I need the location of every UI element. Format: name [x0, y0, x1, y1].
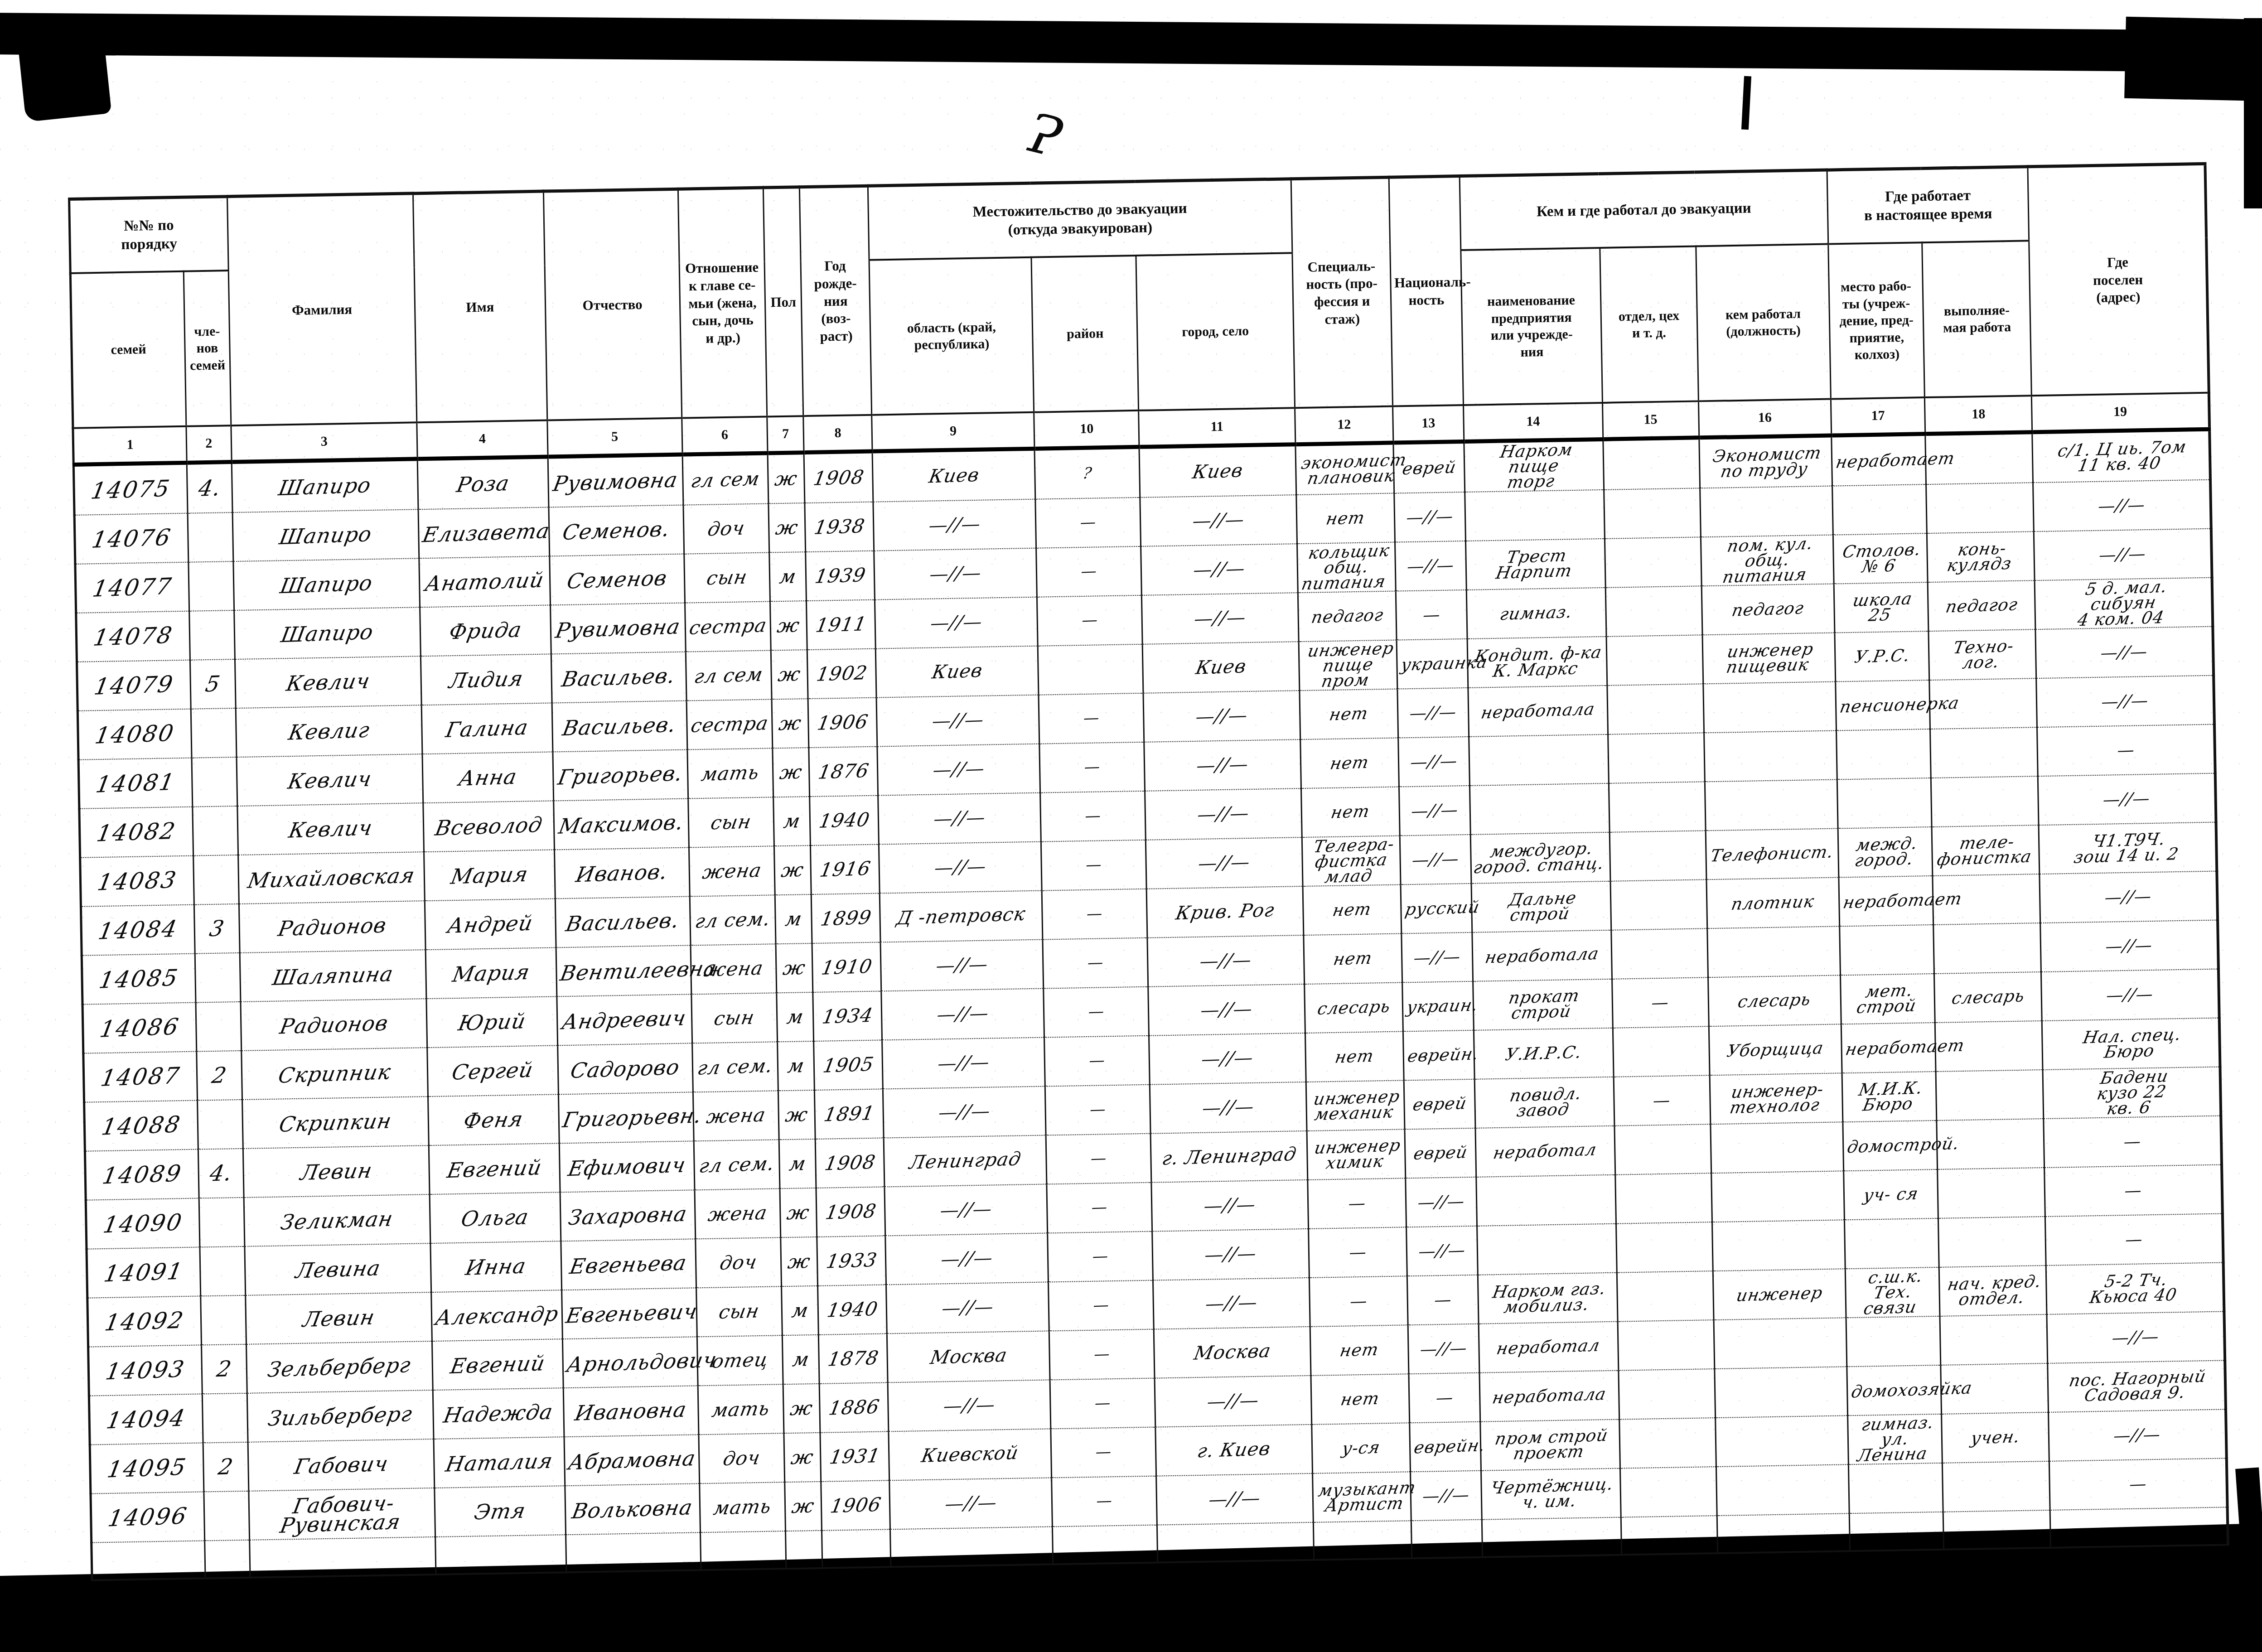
cell-col19: 5-2 Тч. Кьюса 40 [2046, 1262, 2224, 1314]
cell-col5: Рувимовна [548, 454, 683, 507]
cell-col4: Лидия [420, 654, 551, 705]
handwritten-entry: 14095 [106, 1456, 188, 1480]
cell-col3: Габович [248, 1439, 435, 1491]
handwritten-entry: —//— [1419, 1340, 1469, 1357]
handwritten-entry: кольщик общ. питания [1300, 543, 1392, 592]
handwritten-entry: домострой. [1846, 1136, 1961, 1155]
cell-col12: нет [1301, 787, 1400, 837]
cell-col2 [193, 855, 239, 905]
cell-col17 [1840, 925, 1934, 975]
cell-col19: 5 д. мал. сибуян 4 ком. 04 [2035, 578, 2213, 629]
cell-col5: Андреевич [556, 994, 692, 1045]
header-order-group: №№ по порядку [69, 197, 229, 273]
column-number: 2 [186, 425, 232, 463]
handwritten-entry: Вентилеевна [559, 958, 718, 983]
cell-col11: Киев [1143, 642, 1300, 693]
cell-col11: —//— [1150, 1082, 1307, 1134]
handwritten-entry: — [1093, 1347, 1112, 1362]
cell-col18: педагог [1928, 580, 2035, 631]
handwritten-entry: Ленинград [908, 1150, 1023, 1171]
handwritten-entry: —//— [1410, 802, 1460, 819]
cell-col6: жена [695, 1188, 781, 1239]
cell-col14: повидл. завод [1474, 1077, 1614, 1128]
cell-col10: — [1049, 1280, 1154, 1331]
handwritten-entry: нет [1334, 1048, 1375, 1065]
handwritten-entry: 14084 [97, 918, 179, 942]
handwritten-entry: — [1083, 760, 1102, 775]
handwritten-entry: —//— [933, 858, 988, 877]
cell-col12: нет [1311, 1374, 1410, 1425]
header-department: отдел, цех и т. д. [1600, 246, 1698, 402]
handwritten-entry: Шапиро [279, 573, 374, 595]
cell-col3: Кевлич [237, 803, 424, 855]
cell-col16 [1716, 1464, 1849, 1516]
cell-col2: 3 [194, 904, 240, 954]
cell-col5: Васильев. [555, 896, 691, 947]
cell-col11: —//— [1155, 1376, 1311, 1427]
cell-col6: сын [696, 1286, 782, 1337]
handwritten-entry: —//— [1206, 1392, 1261, 1411]
handwritten-entry: у-ся [1341, 1440, 1382, 1457]
cell-col6: сын [691, 993, 777, 1043]
handwritten-entry: м [791, 1351, 811, 1369]
cell-col16 [1711, 1171, 1844, 1222]
handwritten-entry: 1931 [828, 1447, 881, 1466]
cell-col3: Шапиро [233, 558, 420, 610]
handwritten-entry: 14093 [104, 1358, 187, 1382]
cell-empty [1621, 1516, 1717, 1555]
cell-col17: с.ш.к. Тех. связи [1845, 1267, 1940, 1318]
handwritten-entry: Зильберберг [267, 1404, 414, 1428]
cell-col17: гимназ. ул. Ленина [1848, 1414, 1943, 1464]
cell-col8: 1908 [804, 451, 873, 503]
handwritten-entry: — [1092, 1298, 1111, 1313]
handwritten-entry: —//— [1408, 704, 1458, 721]
handwritten-entry: — [1095, 1494, 1114, 1509]
handwritten-entry: —//— [2105, 986, 2155, 1004]
cell-col14: У.И.Р.С. [1474, 1028, 1613, 1079]
handwritten-entry: — [1086, 907, 1104, 922]
handwritten-entry: 5-2 Тч. Кьюса 40 [2088, 1271, 2181, 1305]
cell-col5: Семенов [549, 554, 685, 605]
cell-col2 [189, 610, 235, 660]
cell-col11: г. Киев [1155, 1425, 1312, 1476]
cell-col16 [1715, 1367, 1848, 1418]
cell-col11: —//— [1140, 495, 1297, 546]
cell-col13: украин. [1402, 981, 1474, 1032]
cell-empty [565, 1532, 701, 1572]
cell-col10: — [1042, 889, 1148, 940]
cell-col9: —//— [884, 1184, 1048, 1236]
handwritten-entry: ж [776, 617, 802, 635]
handwritten-entry: ж [777, 666, 802, 684]
handwritten-entry: ж [791, 1497, 816, 1515]
handwritten-entry: домохозяйка [1850, 1380, 1973, 1400]
cell-col8: 1908 [816, 1187, 885, 1237]
cell-col16: Телефонист. [1706, 828, 1839, 879]
cell-col3: Скрипкин [242, 1097, 429, 1149]
cell-col7: ж [773, 748, 810, 797]
header-surname: Фамилия [227, 193, 416, 425]
column-number: 12 [1295, 406, 1393, 444]
cell-col10: — [1052, 1476, 1157, 1527]
cell-col9: —//— [877, 744, 1040, 796]
handwritten-entry: нач. кред. отдел. [1943, 1274, 2043, 1308]
cell-col3: Левин [243, 1145, 430, 1198]
handwritten-entry: — [1652, 1092, 1672, 1108]
handwritten-entry: нет [1339, 1342, 1380, 1359]
handwritten-entry: 14077 [91, 576, 174, 599]
cell-col9: —//— [874, 548, 1037, 600]
cell-col4: Галина [421, 703, 552, 754]
handwritten-entry: — [1081, 613, 1099, 628]
cell-col3: Кевлич [235, 656, 421, 708]
handwritten-entry: нет [1329, 706, 1370, 723]
handwritten-entry: 1908 [823, 1153, 877, 1173]
handwritten-entry: Наталия [444, 1451, 554, 1473]
handwritten-entry: педагог [1944, 597, 2019, 615]
handwritten-entry: Радионов [276, 915, 388, 938]
cell-col2 [192, 757, 237, 807]
cell-col19: — [2037, 725, 2215, 776]
cell-col8: 1876 [809, 747, 878, 797]
handwritten-entry: Евгеньевич [564, 1302, 699, 1325]
cell-col9: —//— [886, 1282, 1049, 1333]
cell-col8: 1931 [820, 1431, 889, 1481]
cell-col5: Вольковна [565, 1483, 700, 1535]
cell-col13: — [1409, 1373, 1480, 1423]
handwritten-entry: Вольковна [570, 1497, 694, 1521]
cell-col12: инженер механик [1306, 1080, 1405, 1131]
cell-col17: неработает [1839, 876, 1933, 926]
cell-col17: школа 25 [1834, 582, 1928, 633]
cell-col16 [1700, 486, 1833, 537]
cell-col10: — [1046, 1134, 1152, 1184]
cell-col17: уч- ся [1844, 1169, 1938, 1220]
handwritten-entry: Иванов. [575, 862, 669, 884]
header-patronymic: Отчество [543, 189, 681, 420]
cell-col11: —//— [1143, 691, 1300, 742]
cell-col5: Семенов. [549, 505, 684, 556]
cell-col17 [1848, 1463, 1943, 1513]
cell-col17: пенсионерка [1836, 680, 1930, 730]
handwritten-entry: Анатолий [424, 570, 546, 593]
cell-col16: слесарь [1708, 975, 1841, 1026]
cell-col6: гл сем. [694, 1140, 780, 1190]
cell-col7: ж [768, 503, 806, 552]
cell-col1: 14086 [82, 1003, 197, 1053]
handwritten-entry: У.Р.С. [1853, 648, 1911, 665]
cell-col1: 14084 [81, 905, 195, 956]
handwritten-entry: Сергей [450, 1060, 535, 1082]
handwritten-entry: школа 25 [1849, 591, 1914, 624]
cell-col12: педагог [1298, 591, 1397, 642]
handwritten-entry: —//— [1191, 511, 1246, 530]
handwritten-entry: пом. кул. общ. питания [1701, 535, 1833, 586]
cell-col3: Левин [246, 1292, 432, 1344]
handwritten-entry: М.И.К. Бюро [1855, 1080, 1924, 1113]
cell-col15 [1618, 1369, 1715, 1420]
cell-col4: Роза [417, 457, 548, 509]
cell-col10: — [1048, 1232, 1153, 1282]
cell-col5: Садорово [557, 1043, 693, 1094]
cell-col14 [1477, 1224, 1617, 1275]
cell-col6: доч [699, 1433, 785, 1483]
handwritten-entry: неработала [1484, 946, 1600, 966]
cell-col17: домострой. [1843, 1121, 1938, 1171]
cell-col11: г. Ленинград [1151, 1131, 1308, 1183]
cell-col18 [1933, 923, 2041, 974]
handwritten-entry: Семенов [565, 568, 669, 591]
cell-col9: —//— [876, 695, 1039, 747]
handwritten-entry: —//— [942, 1396, 997, 1415]
cell-col19: —//— [2041, 969, 2219, 1021]
handwritten-entry: пром строй проект [1491, 1428, 1609, 1463]
handwritten-entry: сын [710, 813, 753, 832]
handwritten-entry: 1938 [812, 517, 866, 537]
cell-col9: —//— [875, 597, 1038, 649]
cell-col8: 1905 [814, 1040, 883, 1090]
handwritten-entry: — [1421, 607, 1441, 623]
handwritten-entry: 14079 [92, 674, 175, 697]
cell-col4: Ольга [430, 1192, 561, 1243]
handwritten-entry: Феня [462, 1109, 525, 1130]
cell-col2: 4. [198, 1149, 244, 1198]
cell-col10: — [1050, 1378, 1156, 1429]
handwritten-entry: Евгений [445, 1158, 543, 1180]
handwritten-entry: 1939 [813, 566, 867, 586]
handwritten-entry: ж [780, 861, 806, 879]
scan-artifact-tick-mark [1741, 76, 1751, 130]
handwritten-entry: 1876 [817, 762, 870, 782]
handwritten-entry: гимназ. [1499, 604, 1574, 623]
cell-col12: нет [1303, 884, 1402, 935]
cell-col15 [1611, 928, 1708, 979]
handwritten-entry: — [1094, 1445, 1113, 1460]
cell-col14: междугор. город. станц. [1470, 832, 1610, 884]
handwritten-entry: 1908 [824, 1202, 878, 1222]
handwritten-entry: еврейн. [1413, 1438, 1487, 1455]
handwritten-entry: г. Киев [1196, 1440, 1272, 1460]
handwritten-entry: 1902 [815, 664, 869, 684]
cell-col11: Крив. Рог [1147, 886, 1304, 938]
handwritten-entry: — [1079, 515, 1097, 530]
cell-col2 [200, 1246, 246, 1296]
handwritten-entry: уч- ся [1862, 1186, 1919, 1203]
handwritten-entry: 14096 [106, 1505, 189, 1529]
handwritten-entry: неработала [1491, 1386, 1607, 1406]
cell-col12: музыкант Артист [1312, 1472, 1411, 1522]
handwritten-entry: 14078 [92, 625, 175, 648]
cell-col16 [1711, 1122, 1844, 1173]
cell-col16 [1707, 926, 1840, 977]
handwritten-entry: ж [778, 763, 804, 782]
cell-col4: Мария [425, 947, 556, 999]
cell-col17: М.И.К. Бюро [1842, 1072, 1937, 1122]
handwritten-entry: Фрида [448, 620, 523, 642]
cell-col13: украинка [1397, 639, 1468, 689]
column-number: 10 [1034, 411, 1139, 449]
handwritten-entry: —//— [936, 1005, 991, 1024]
handwritten-entry: инженер [1735, 1285, 1824, 1304]
cell-col7: м [773, 797, 811, 846]
column-number: 8 [803, 415, 872, 453]
cell-col3: Кевлич [237, 754, 423, 806]
cell-col1: 14092 [87, 1296, 202, 1347]
handwritten-entry: —//— [1199, 1000, 1254, 1019]
handwritten-entry: Кевлич [286, 769, 373, 791]
handwritten-entry: —//— [2097, 497, 2146, 514]
handwritten-entry: Радионов [278, 1013, 390, 1036]
handwritten-entry: гл сем [690, 470, 761, 490]
cell-col3: Габович-Рувинская [249, 1488, 435, 1540]
cell-col4: Александр [431, 1290, 562, 1341]
cell-col6: мать [687, 748, 773, 798]
cell-col17: межд. город. [1838, 827, 1933, 877]
handwritten-entry: — [1650, 995, 1670, 1010]
handwritten-entry: Экономист по труду [1709, 445, 1823, 480]
cell-col17: мет. строй [1840, 974, 1935, 1024]
header-relation: Отношение к главе се- мьи (жена, сын, до… [678, 188, 767, 418]
table-header: №№ по порядку Фамилия Имя Отчество Отнош… [69, 164, 2210, 464]
handwritten-entry: педагог [1731, 600, 1805, 618]
cell-col5: Евгеньевич [561, 1288, 697, 1339]
cell-col9: —//— [888, 1380, 1051, 1431]
cell-col16 [1712, 1220, 1845, 1271]
header-firstname: Имя [413, 191, 547, 422]
handwritten-entry: —//— [1203, 1245, 1258, 1264]
handwritten-entry: теле- фонистка [1936, 833, 2035, 867]
handwritten-entry: нет [1332, 951, 1373, 967]
cell-col1: 14083 [80, 856, 194, 907]
cell-col11: —//— [1149, 1033, 1306, 1085]
cell-col19: пос. Нагорный Садовая 9. [2048, 1360, 2226, 1412]
cell-col9: —//— [879, 842, 1042, 894]
header-member-no: чле- нов семей [184, 271, 231, 426]
handwritten-entry: —//— [940, 1250, 995, 1269]
handwritten-entry: Арнольдович [565, 1350, 718, 1375]
cell-col6: доч [695, 1237, 781, 1288]
header-settled-address: Где поселен (адрес) [2028, 164, 2209, 396]
handwritten-entry: 14089 [101, 1163, 184, 1187]
cell-col12: нет [1305, 1031, 1404, 1082]
handwritten-entry: жена [706, 1204, 768, 1223]
cell-col5: Евгеньева [561, 1239, 696, 1290]
cell-col6: гл сем [682, 453, 768, 505]
handwritten-entry: 1878 [826, 1349, 880, 1368]
cell-empty [2050, 1507, 2228, 1547]
handwritten-entry: — [1094, 1396, 1112, 1411]
cell-col15 [1605, 537, 1701, 588]
cell-col5: Захаровна [560, 1190, 696, 1241]
handwritten-entry: Уборщица [1726, 1040, 1825, 1059]
cell-col3: Кевлиг [236, 705, 422, 757]
handwritten-entry: ж [774, 519, 800, 537]
cell-col4: Елизавета [418, 507, 549, 559]
handwritten-entry: нет [1340, 1391, 1381, 1408]
cell-col14: неработал [1479, 1322, 1618, 1373]
handwritten-entry: Дальне строй [1505, 890, 1578, 923]
cell-col15: — [1614, 1075, 1711, 1126]
handwritten-entry: 1886 [827, 1398, 881, 1417]
handwritten-entry: Рувимовна [551, 470, 679, 493]
cell-col7: ж [778, 1090, 816, 1140]
handwritten-entry: м [786, 1057, 806, 1075]
handwritten-entry: 1940 [826, 1300, 879, 1319]
handwritten-entry: —//— [940, 1299, 995, 1318]
cell-col12: Телегра- фистка млад [1302, 836, 1401, 886]
handwritten-entry: сын [713, 1009, 756, 1028]
cell-col16: Уборщица [1709, 1024, 1842, 1075]
cell-col9: Ленинград [884, 1135, 1047, 1187]
cell-col4: Евгений [429, 1143, 560, 1194]
cell-col8: 1940 [818, 1285, 887, 1334]
handwritten-entry: межд. город. [1852, 836, 1919, 869]
handwritten-entry: —//— [1201, 1098, 1256, 1117]
cell-col9: —//— [882, 1038, 1045, 1089]
handwritten-entry: нет [1329, 755, 1370, 772]
cell-col19: Нал. спец. Бюро [2042, 1018, 2220, 1070]
cell-col17 [1846, 1316, 1941, 1367]
handwritten-entry: жена [701, 861, 763, 881]
handwritten-entry: Надежда [442, 1402, 555, 1425]
column-number: 17 [1831, 397, 1925, 435]
handwritten-entry: 4. [197, 478, 222, 499]
handwritten-entry: Этя [473, 1501, 527, 1522]
handwritten-entry: 5 д. мал. сибуян 4 ком. 04 [2076, 579, 2171, 628]
cell-col7: ж [768, 453, 805, 504]
cell-col2 [193, 806, 238, 856]
cell-col3: Шапиро [232, 509, 419, 561]
handwritten-entry: —//— [2098, 546, 2147, 563]
cell-col16 [1704, 730, 1837, 782]
cell-col4: Евгений [432, 1339, 563, 1390]
handwritten-entry: 1933 [825, 1251, 878, 1270]
cell-col14: пром строй проект [1480, 1420, 1620, 1471]
handwritten-entry: —//— [944, 1494, 999, 1513]
column-number: 19 [2031, 393, 2209, 432]
handwritten-entry: 1906 [829, 1496, 882, 1515]
handwritten-entry: междугор. город. станц. [1472, 840, 1608, 875]
handwritten-entry: — [2122, 1134, 2142, 1150]
cell-col9: —//— [883, 1087, 1046, 1138]
cell-col1: 14075 [73, 463, 188, 515]
cell-col2 [195, 953, 241, 1003]
cell-col12: нет [1300, 738, 1399, 788]
handwritten-entry: Ивановна [574, 1400, 688, 1423]
handwritten-entry: с.ш.к. Тех. связи [1861, 1268, 1924, 1316]
cell-col7: ж [783, 1384, 820, 1433]
cell-col14: неработала [1468, 686, 1608, 737]
cell-col4: Этя [435, 1486, 565, 1537]
handwritten-entry: сестра [688, 617, 768, 637]
handwritten-entry: 1899 [819, 908, 873, 928]
handwritten-entry: Юрий [457, 1011, 527, 1033]
handwritten-entry: 1940 [817, 811, 871, 831]
cell-col11: Москва [1154, 1327, 1311, 1378]
handwritten-entry: — [1085, 858, 1103, 873]
handwritten-entry: —//— [1421, 1487, 1471, 1504]
cell-col17: неработает [1832, 434, 1926, 486]
handwritten-entry: Галина [445, 718, 530, 740]
handwritten-entry: Киев [931, 662, 984, 681]
cell-col17 [1837, 778, 1932, 828]
cell-col4: Анатолий [419, 556, 550, 607]
cell-col10: — [1045, 1085, 1151, 1135]
cell-col5: Ефимович [559, 1141, 695, 1192]
cell-col2 [204, 1491, 250, 1541]
handwritten-entry: пос. Нагорный Садовая 9. [2065, 1368, 2208, 1404]
